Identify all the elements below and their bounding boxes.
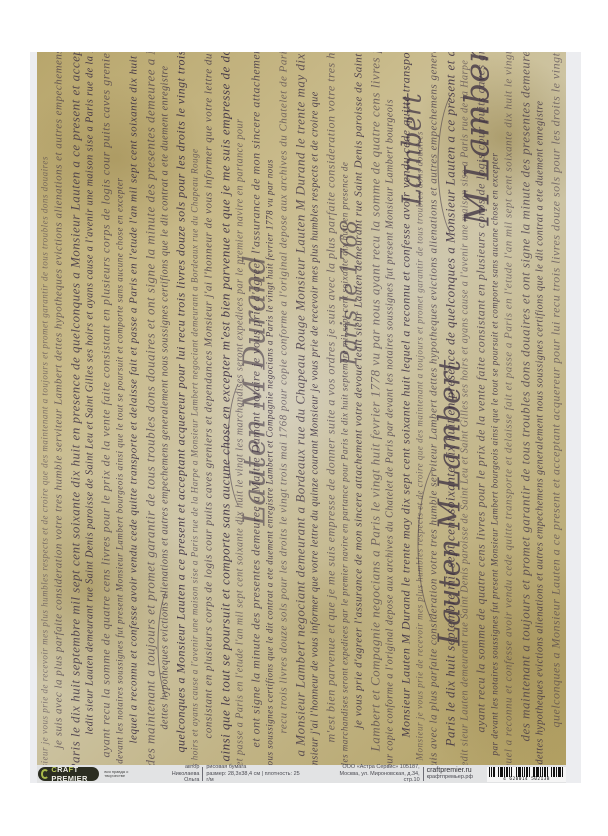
script-line: Monsieur j'ai l'honneur de vous informer… (309, 91, 320, 765)
brand-tagline: вся правда о творчестве (104, 770, 132, 779)
barcode: 4 620014 502138 (487, 767, 566, 782)
script-line: recu trois livres douze sols pour les dr… (277, 52, 289, 733)
script-line: Paris le dix huit septembre mil sept cen… (67, 52, 83, 765)
handwritten-script-layer: Monsieur je vous prie de recevoir mes pl… (37, 52, 566, 765)
ink-flourish (157, 583, 189, 705)
script-line: consistant en plusieurs corps de logis c… (202, 52, 214, 738)
brand-logo: CRAFT PREMIER (38, 767, 99, 781)
script-line: Lambert et Compagnie negocians a Paris l… (367, 52, 383, 751)
barcode-number: 4 620014 502138 (503, 777, 550, 782)
signature-script: Paris le 1768 (337, 219, 362, 365)
barcode-bars-icon (489, 767, 564, 777)
company-name: ООО «Астра Сервис» 105187, (329, 764, 420, 771)
logo-c-ring-icon (41, 769, 49, 779)
script-line: ses hoirs et ayans cause a l'avenir une … (189, 148, 199, 765)
ink-flourish (227, 373, 269, 515)
company-address: Москва, ул. Мироновская, д.34, стр.10 (329, 771, 420, 784)
rice-paper-sheet: Monsieur je vous prie de recevoir mes pl… (30, 52, 581, 783)
product-info-strip: CRAFT PREMIER вся правда о творчестве ав… (37, 765, 566, 783)
script-line: quelconques a Monsieur Lauten a ce prese… (548, 52, 563, 727)
script-line: ayant recu la somme de quatre cens livre… (98, 52, 113, 757)
script-line: des maintenant a toujours et promet gara… (142, 52, 158, 765)
script-line: Monsieur je vous prie de recevoir mes pl… (39, 156, 49, 765)
author-name: Николаева Ольга (158, 771, 199, 784)
script-line: je vous prie d'agreer l'assurance de mon… (352, 52, 364, 728)
author-block: автор Николаева Ольга (158, 764, 199, 784)
script-line: des maintenant a toujours et promet gara… (517, 52, 533, 741)
website-rf: крафтпремьер.рф (427, 774, 473, 781)
ink-flourish (417, 453, 479, 635)
script-line: ledit sieur Lauten demeurant rue Saint D… (84, 52, 95, 734)
company-block: ООО «Астра Сервис» 105187, Москва, ул. М… (329, 764, 420, 784)
script-line: je suis avec la plus parfaite considerat… (52, 52, 64, 748)
signature-script: Lambert (397, 93, 427, 205)
divider (202, 767, 203, 781)
script-line: m'est bien parvenue et que je me suis em… (323, 52, 338, 742)
divider (423, 767, 424, 781)
script-line: par devant les notaires soussignes fut p… (114, 177, 124, 765)
script-line: a Monsieur Lambert negociant demeurant a… (292, 52, 308, 756)
script-line: dettes hypotheques evictions alienations… (534, 100, 545, 764)
script-line: par devant les notaires soussignes fut p… (489, 152, 499, 755)
script-line: pour copie conforme a l'original depose … (384, 99, 395, 765)
brand-name: CRAFT PREMIER (51, 765, 99, 783)
printed-design: Monsieur je vous prie de recevoir mes pl… (37, 52, 566, 765)
script-line: lequel a reconnu et confesse avoir vendu… (127, 52, 139, 743)
size-density: размер: 28,3х38,4 см | плотность: 25 г/м (206, 771, 301, 784)
website-block: craftpremier.ru крафтпремьер.рф (427, 768, 473, 781)
script-line: lequel a reconnu et confesse avoir vendu… (502, 52, 514, 765)
spec-block: рисовая бумага размер: 28,3х38,4 см | пл… (206, 764, 301, 784)
ink-flourish (437, 83, 489, 245)
script-line: Monsieur je vous prie de recevoir mes pl… (414, 131, 424, 760)
script-line: ses hoirs et ayans cause a l'avenir une … (564, 123, 566, 750)
